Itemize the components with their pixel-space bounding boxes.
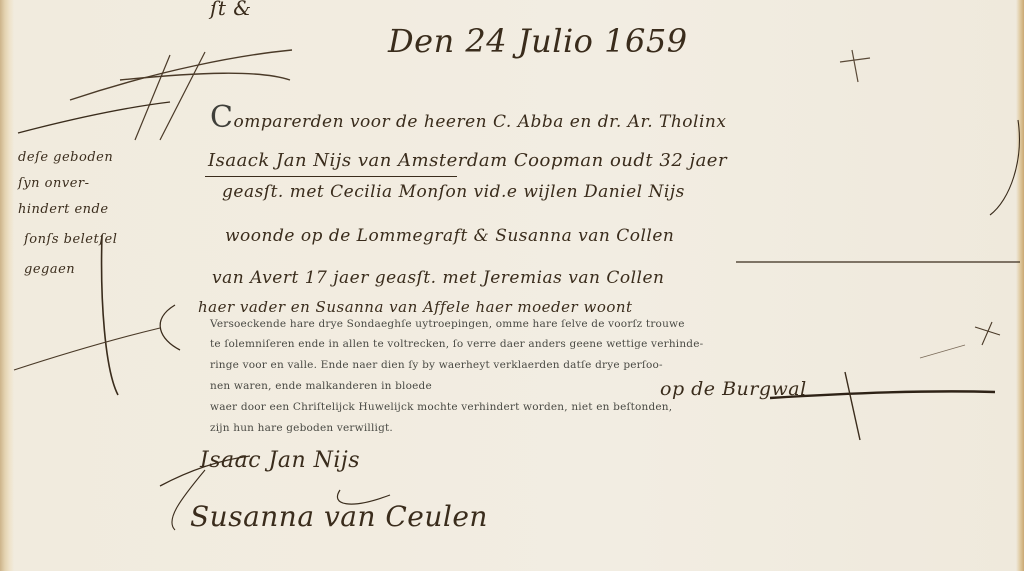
printed-line: ringe voor en valle. Ende naer dien ſy b… (210, 359, 663, 371)
printed-line: te ſolemniſeren ende in allen te voltrec… (210, 338, 703, 350)
margin-note-line: gegaen (24, 262, 75, 277)
margin-note-line: ſyn onver- (18, 176, 90, 191)
manuscript-page: ſt & Den 24 Julio 1659 deſe geboden ſyn … (0, 0, 1024, 571)
entry-line: Isaack Jan Nijs van Amsterdam Coopman ou… (208, 150, 727, 171)
entry-line: Comparerden voor de heeren C. Abba en dr… (210, 100, 726, 135)
signature-bride: Susanna van Ceulen (190, 500, 488, 533)
inserted-address-note: op de Burgwal (660, 378, 807, 400)
entry-date: Den 24 Julio 1659 (388, 22, 688, 60)
entry-line: van Avert 17 jaer geasſt. met Jeremias v… (212, 268, 665, 288)
entry-line: woonde op de Lommegraft & Susanna van Co… (225, 226, 674, 246)
margin-note-line: hindert ende (18, 202, 109, 217)
header-fragment: ſt & (210, 0, 252, 20)
margin-note-line: ſonſs beletſel (24, 232, 117, 247)
printed-line: nen waren, ende malkanderen in bloede (210, 380, 432, 392)
groom-name-underline (205, 176, 457, 177)
printed-line: waer door een Chriſtelijck Huwelijck moc… (210, 401, 672, 413)
signature-groom: Isaac Jan Nijs (200, 448, 360, 473)
entry-line: geasſt. met Cecilia Monſon vid.e wijlen … (222, 182, 685, 202)
printed-line: Versoeckende hare drye Sondaeghſe uytroe… (210, 318, 685, 330)
margin-note-line: deſe geboden (18, 150, 113, 165)
drop-cap: C (210, 100, 233, 135)
entry-line: haer vader en Susanna van Affele haer mo… (198, 298, 633, 316)
printed-line: zijn hun hare geboden verwilligt. (210, 422, 393, 434)
entry-line-text: omparerden voor de heeren C. Abba en dr.… (233, 112, 726, 132)
